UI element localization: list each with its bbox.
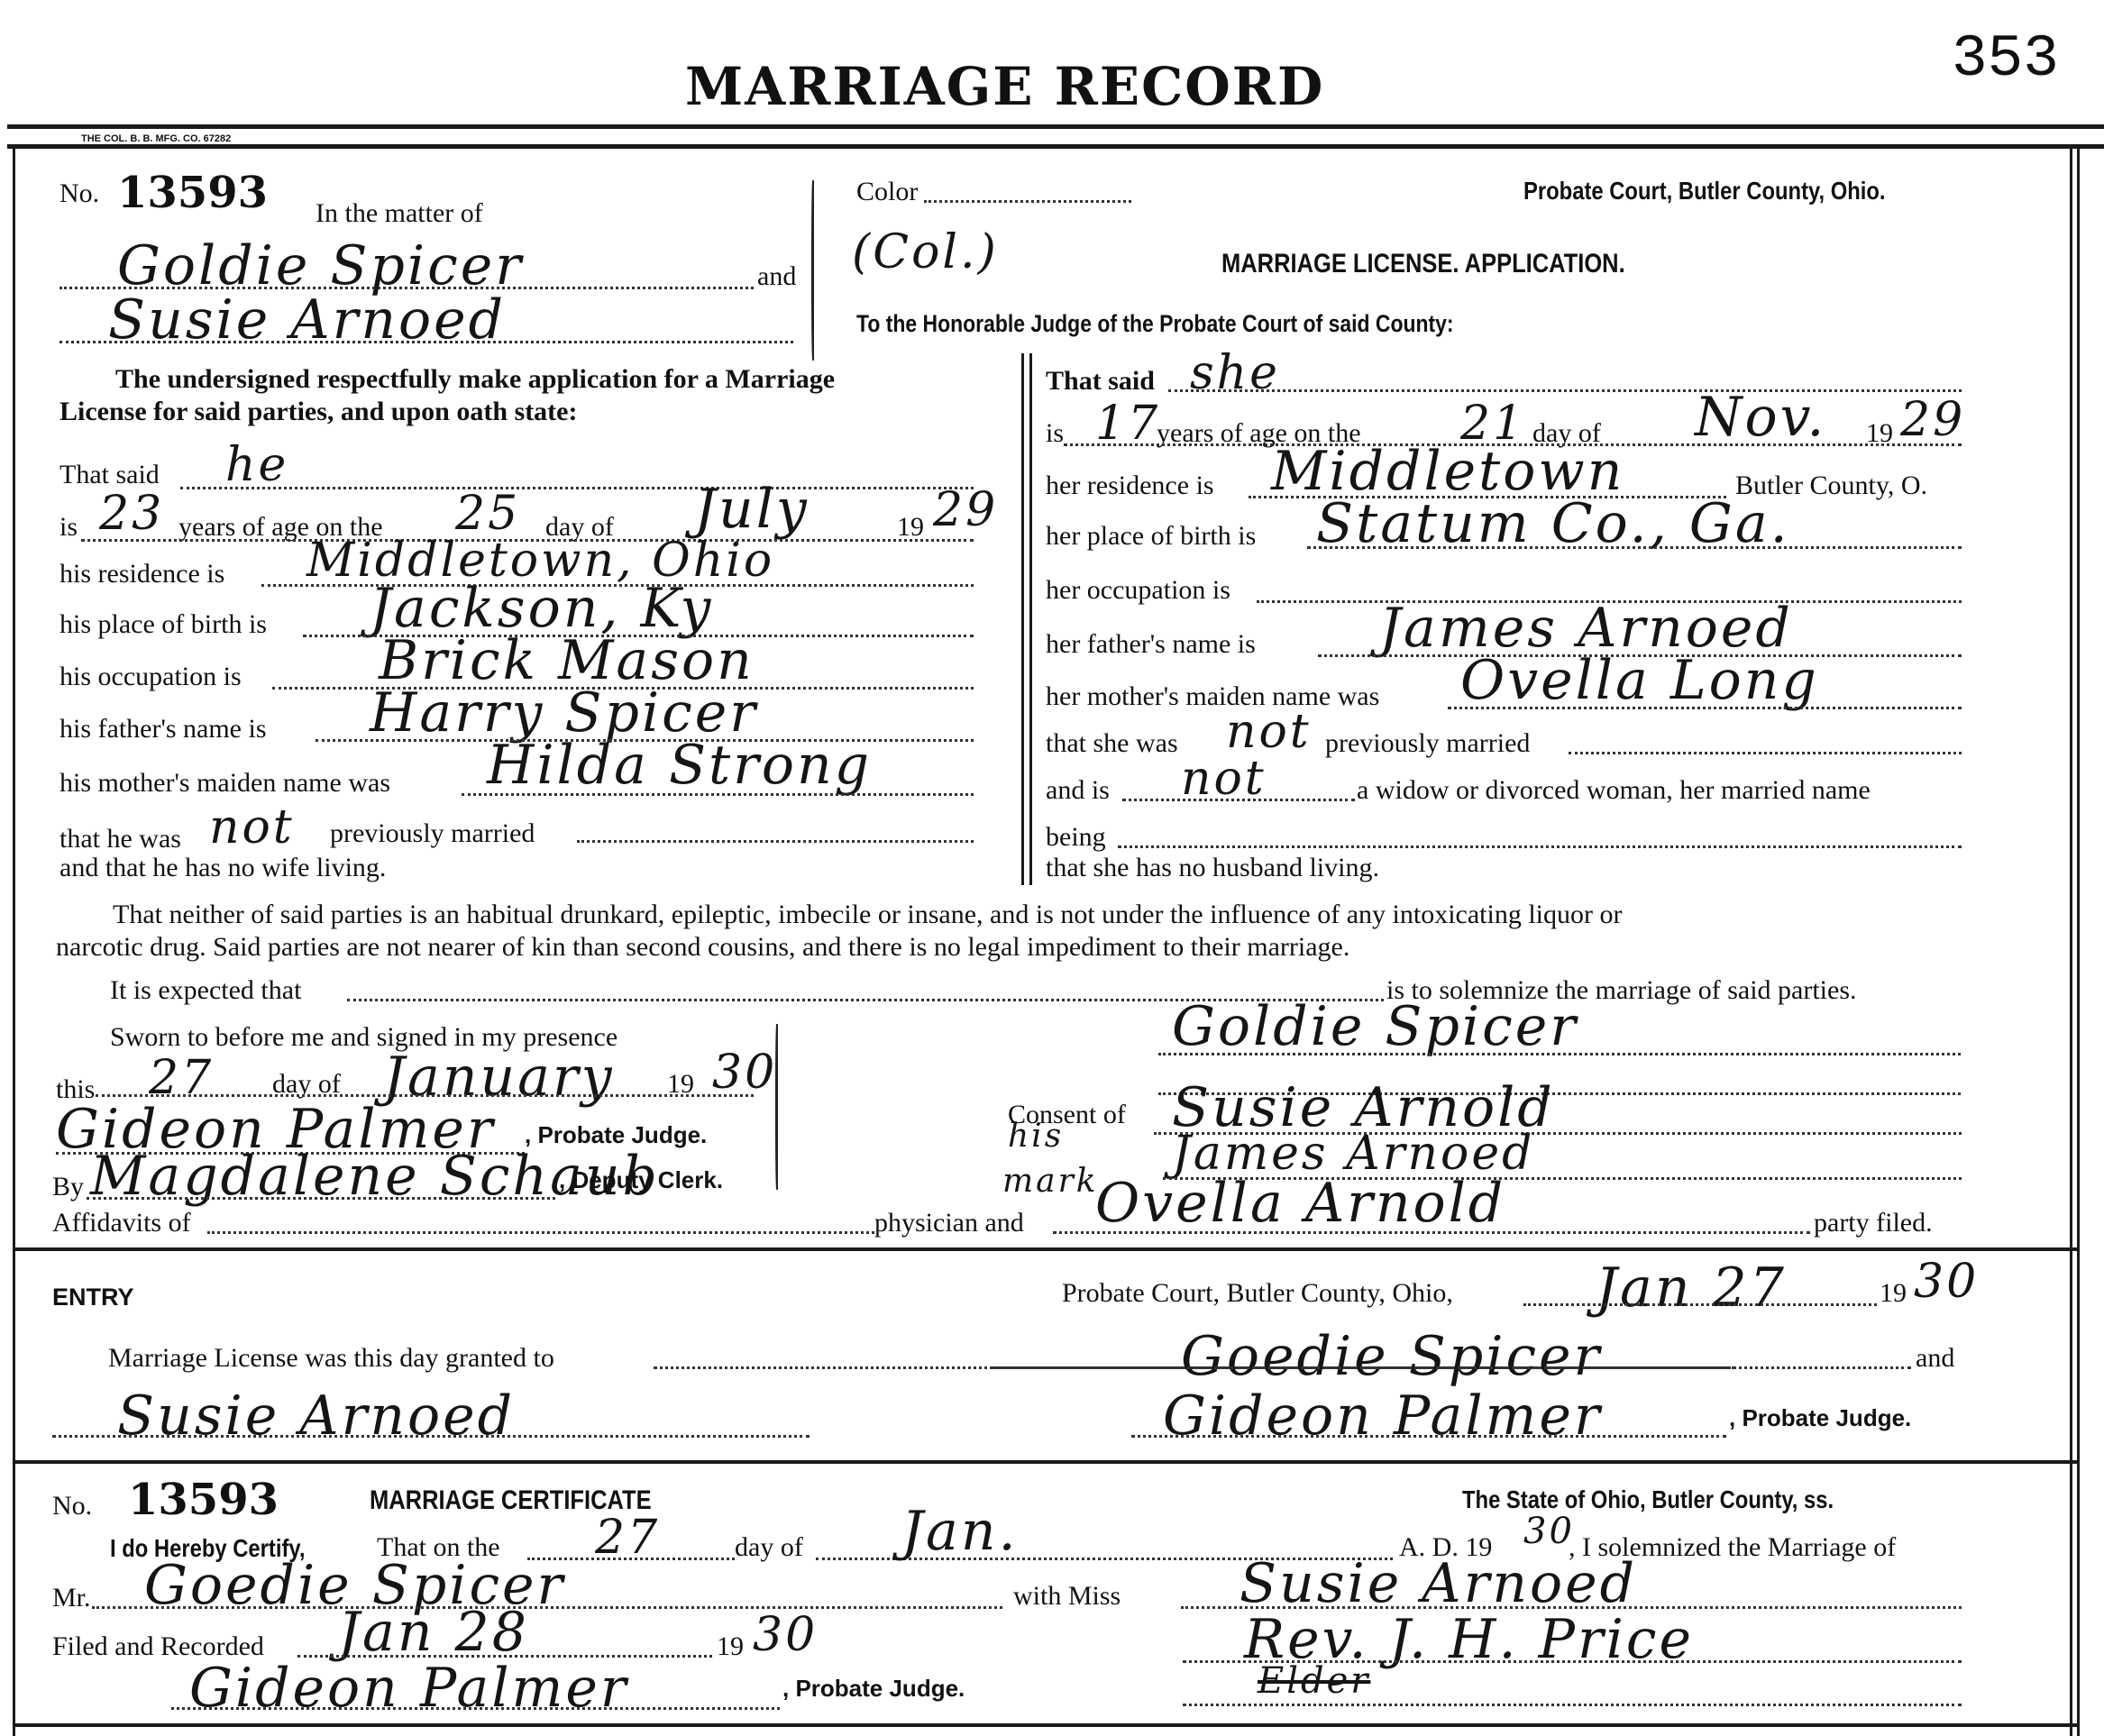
mark-label: mark [1002, 1163, 1099, 1200]
entry-and-label: and [1916, 1343, 1954, 1374]
certificate-day-of-label: day of [735, 1532, 803, 1563]
entry-judge-title: , Probate Judge. [1729, 1404, 1911, 1432]
center-divider-2 [1029, 353, 1032, 885]
expected-label: It is expected that [110, 975, 301, 1006]
applicant-signature: Goldie Spicer [1172, 995, 1578, 1058]
groom-is-label: is [59, 512, 78, 543]
certificate-filed-year-prefix: 19 [717, 1631, 744, 1662]
bride-father-label: her father's name is [1046, 629, 1256, 660]
bride-prev-married-label-2: previously married [1325, 728, 1530, 759]
groom-that-said-label: That said [59, 460, 160, 490]
intro-text-2: License for said parties, and upon oath … [59, 397, 577, 427]
declaration-line-2: narcotic drug. Said parties are not near… [56, 932, 1349, 963]
color-value: (Col.) [852, 225, 999, 279]
groom-day: 25 [455, 487, 520, 541]
groom-mother-label: his mother's maiden name was [59, 768, 390, 799]
no-label: No. [59, 178, 99, 209]
groom-prev-married-label-2: previously married [330, 818, 535, 849]
certificate-day: 27 [595, 1511, 660, 1565]
bride-pronoun: she [1190, 346, 1280, 400]
groom-occupation-label: his occupation is [59, 662, 242, 692]
entry-groom-name: Goedie Spicer [1181, 1325, 1602, 1388]
physician-label: physician and [874, 1208, 1024, 1238]
certificate-year-suffix: 30 [1523, 1511, 1575, 1552]
certificate-month: Jan. [901, 1500, 1019, 1563]
certificate-record-number: 13593 [128, 1475, 279, 1525]
entry-date: Jan 27 [1596, 1256, 1787, 1320]
consent-signature-3: Ovella Arnold [1095, 1172, 1505, 1235]
groom-residence-label: his residence is [59, 559, 224, 589]
groom-year-prefix: 19 [897, 512, 924, 543]
bride-mother-label: her mother's maiden name was [1046, 681, 1379, 712]
groom-birthplace-label: his place of birth is [59, 609, 267, 640]
address-line: To the Honorable Judge of the Probate Co… [856, 310, 1454, 338]
bride-month: Nov. [1695, 386, 1826, 449]
left-border [13, 144, 15, 1736]
by-label: By [52, 1172, 84, 1202]
entry-bride-name: Susie Arnoed [117, 1384, 515, 1448]
bride-widow-label: and is [1046, 775, 1110, 806]
entry-court-date-label: Probate Court, Butler County, Ohio, [1062, 1278, 1453, 1309]
record-number: 13593 [117, 168, 268, 218]
top-rule-2 [7, 144, 2104, 149]
groom-prev-married-value: not [209, 800, 295, 854]
bride-occupation-label: her occupation is [1046, 575, 1230, 606]
bride-widow-label-2: a widow or divorced woman, her married n… [1357, 775, 1871, 806]
right-border-2 [2077, 144, 2080, 1736]
his-mark-label: his [1008, 1118, 1064, 1155]
color-label: Color [856, 177, 918, 207]
entry-year-prefix: 19 [1880, 1278, 1907, 1309]
certificate-state-heading: The State of Ohio, Butler County, ss. [1462, 1485, 1834, 1514]
and-label: and [757, 261, 796, 292]
declaration-line-1: That neither of said parties is an habit… [113, 900, 1623, 930]
bride-year-suffix: 29 [1900, 393, 1965, 447]
center-divider [1021, 353, 1024, 885]
clerk-title: , Deputy Clerk. [559, 1166, 723, 1194]
bride-is-label: is [1046, 418, 1064, 449]
sworn-day: 27 [149, 1051, 214, 1105]
groom-pronoun: he [225, 438, 288, 492]
in-the-matter-label: In the matter of [316, 198, 483, 229]
groom-year-suffix: 29 [933, 483, 998, 537]
bride-being-label: being [1046, 822, 1106, 853]
groom-age: 23 [99, 487, 164, 541]
page-number: 353 [1952, 25, 2059, 93]
groom-father-label: his father's name is [59, 714, 267, 745]
bride-prev-married-label: that she was [1046, 728, 1178, 759]
groom-month: July [694, 478, 810, 541]
bottom-rule [13, 1723, 2077, 1727]
certificate-with-miss-label: with Miss [1013, 1581, 1121, 1612]
certificate-filed-year-suffix: 30 [753, 1608, 818, 1662]
groom-prev-married-label: that he was [59, 824, 181, 854]
bride-widow-value: not [1181, 752, 1267, 806]
entry-judge-signature: Gideon Palmer [1163, 1384, 1603, 1448]
printer-mark: THE COL. B. B. MFG. CO. 67282 [81, 133, 231, 144]
license-heading: MARRIAGE LICENSE. APPLICATION. [1221, 249, 1625, 279]
certificate-rule [13, 1460, 2077, 1464]
bride-age: 17 [1095, 397, 1160, 451]
certificate-no-label: No. [52, 1491, 92, 1521]
entry-rule [13, 1247, 2077, 1251]
intro-text-1: The undersigned respectfully make applic… [115, 364, 835, 395]
groom-mother: Hilda Strong [487, 734, 872, 797]
party-filed-label: party filed. [1814, 1208, 1933, 1238]
entry-heading: ENTRY [52, 1284, 134, 1311]
court-heading: Probate Court, Butler County, Ohio. [1523, 177, 1886, 206]
entry-granted-label: Marriage License was this day granted to [108, 1343, 554, 1374]
bride-no-husband-text: that she has no husband living. [1046, 853, 1379, 883]
sworn-year-suffix: 30 [712, 1046, 777, 1100]
certificate-judge-signature: Gideon Palmer [189, 1657, 629, 1720]
page-title: MARRIAGE RECORD [685, 56, 1324, 117]
officiant-title: Elder [1258, 1660, 1370, 1702]
groom-no-wife-text: and that he has no wife living. [59, 853, 386, 883]
bride-prev-married-value: not [1226, 705, 1312, 759]
bride-birthplace-label: her place of birth is [1046, 521, 1256, 552]
certificate-judge-title: , Probate Judge. [782, 1675, 965, 1703]
bride-that-said-label: That said [1046, 366, 1155, 397]
top-rule [7, 124, 2104, 129]
entry-year-suffix: 30 [1914, 1255, 1979, 1309]
certificate-mr-label: Mr. [52, 1583, 91, 1613]
right-border [2070, 144, 2072, 1736]
bride-residence-label: her residence is [1046, 471, 1214, 501]
affidavits-label: Affidavits of [52, 1208, 191, 1238]
bride-mother: Ovella Long [1460, 649, 1819, 712]
